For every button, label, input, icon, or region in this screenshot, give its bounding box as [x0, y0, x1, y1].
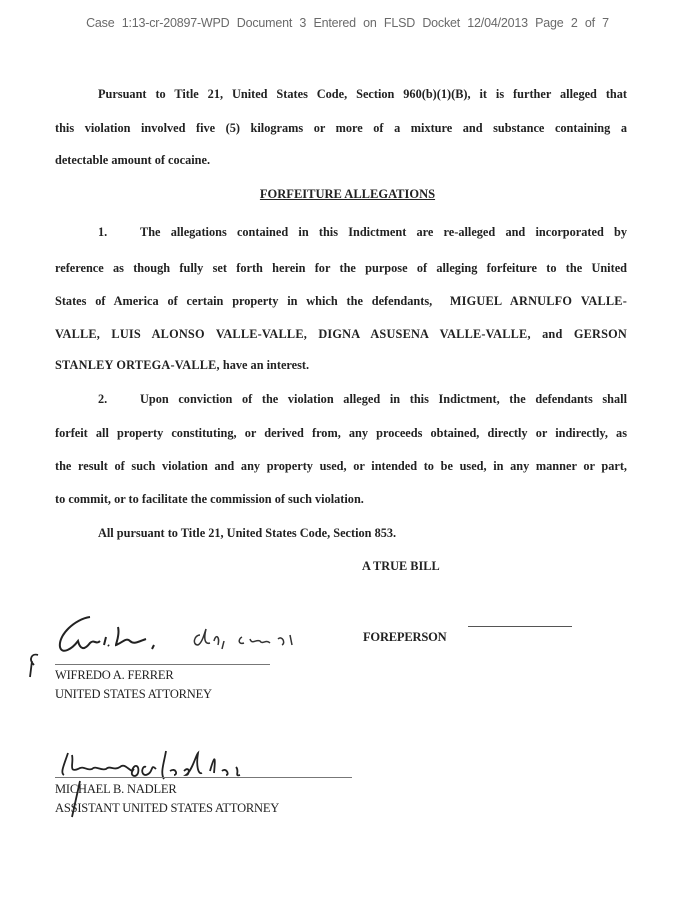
- allegation-2-line-2: forfeit all property constituting, or de…: [55, 426, 627, 440]
- allegation-1-line-2: reference as though fully set forth here…: [55, 261, 627, 275]
- true-bill-label: A TRUE BILL: [362, 559, 440, 574]
- document-number: Document 3: [237, 16, 306, 30]
- allegation-1-number: 1.: [98, 225, 140, 239]
- docket-entry: Entered on FLSD Docket 12/04/2013: [313, 16, 527, 30]
- allegation-2-line-4: to commit, or to facilitate the commissi…: [55, 492, 627, 506]
- allegation-1-line-5: STANLEY ORTEGA-VALLE, have an interest.: [55, 358, 627, 372]
- intro-line-1: Pursuant to Title 21, United States Code…: [98, 87, 627, 101]
- defendants-names-1: MIGUEL ARNULFO VALLE-: [450, 294, 627, 308]
- intro-line-3: detectable amount of cocaine.: [55, 153, 627, 167]
- ferrer-title: UNITED STATES ATTORNEY: [55, 687, 212, 702]
- foreperson-signature-line: [468, 626, 572, 627]
- ferrer-name: WIFREDO A. FERRER: [55, 668, 174, 683]
- nadler-name: MICHAEL B. NADLER: [55, 782, 176, 797]
- nadler-signature-line: [55, 777, 352, 778]
- defendants-names-2: VALLE, LUIS ALONSO VALLE-VALLE, DIGNA AS…: [55, 327, 627, 341]
- foreperson-label: FOREPERSON: [363, 630, 446, 645]
- nadler-title: ASSISTANT UNITED STATES ATTORNEY: [55, 801, 279, 816]
- docket-header: Case 1:13-cr-20897-WPD Document 3 Entere…: [0, 16, 695, 30]
- allegation-2-line-1: 2.Upon conviction of the violation alleg…: [98, 392, 627, 406]
- page-indicator: Page 2 of 7: [535, 16, 609, 30]
- section-heading: FORFEITURE ALLEGATIONS: [0, 187, 695, 202]
- allegation-2-number: 2.: [98, 392, 140, 406]
- allegation-2-line-3: the result of such violation and any pro…: [55, 459, 627, 473]
- defendants-names-3: STANLEY ORTEGA-VALLE,: [55, 358, 220, 372]
- allegation-1-line-3: States of America of certain property in…: [55, 294, 627, 308]
- intro-line-2: this violation involved five (5) kilogra…: [55, 121, 627, 135]
- ferrer-signature-line: [55, 664, 270, 665]
- allegation-1-line-1: 1.The allegations contained in this Indi…: [98, 225, 627, 239]
- case-number: Case 1:13-cr-20897-WPD: [86, 16, 229, 30]
- closing-statement: All pursuant to Title 21, United States …: [98, 526, 396, 541]
